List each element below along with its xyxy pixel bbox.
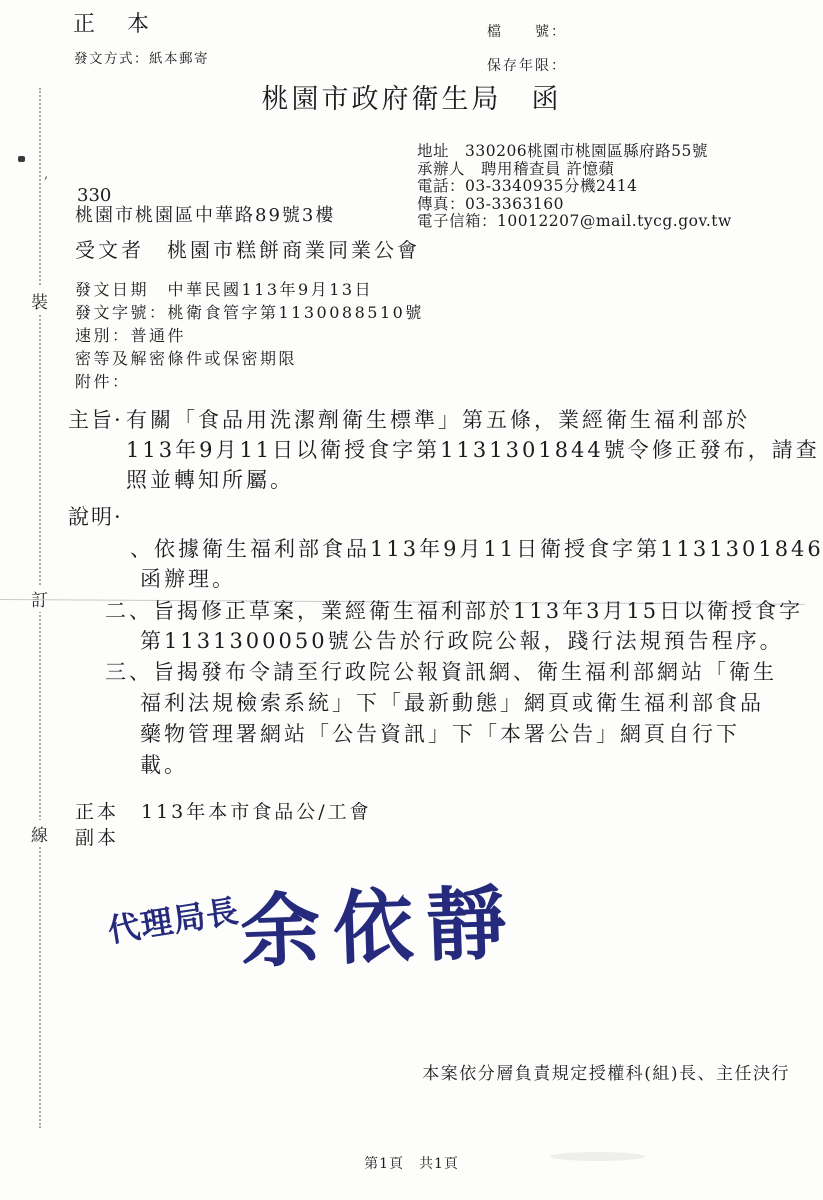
signer-name: 余依靜: [238, 858, 521, 983]
document-title: 桃園市政府衛生局 函: [0, 84, 823, 115]
sender-contact-person: 承辦人 聘用稽查員 許憶蘋: [417, 161, 732, 179]
file-number-label: 檔 號：: [487, 24, 567, 40]
explanation-line: 載。: [140, 753, 188, 777]
explanation-line: 第1131300050號公告於行政院公報，踐行法規預告程序。: [140, 629, 784, 653]
recipient-name-line: 受文者 桃園市糕餅商業同業公會: [75, 239, 420, 262]
distribution-copy: 副本: [75, 828, 119, 850]
document-number: 發文字號：桃衛食管字第1130088510號: [75, 304, 424, 322]
retention-period-label: 保存年限：: [487, 58, 567, 74]
attachment-label: 附件：: [75, 373, 131, 391]
explanation-line: 三、旨揭發布令請至行政院公報資訊網、衛生福利部網站「衛生: [105, 660, 777, 684]
sender-fax: 傳真：03-3363160: [417, 196, 732, 214]
speed-class: 速別：普通件: [75, 327, 186, 345]
security-class: 密等及解密條件或保密期限: [75, 350, 297, 368]
binding-char-zhuang: 裝: [31, 287, 48, 314]
explanation-label: 說明·: [68, 505, 123, 529]
subject-line: 有關「食品用洗潔劑衛生標準」第五條，業經衛生福利部於: [126, 408, 750, 432]
explanation-line: 函辦理。: [140, 567, 236, 591]
sender-phone: 電話：03-3340935分機2414: [417, 178, 732, 196]
signer-title: 代理局長: [104, 886, 242, 952]
sender-email: 電子信箱：10012207@mail.tycg.gov.tw: [417, 213, 732, 231]
signature: 代理局長 余依靜: [100, 862, 570, 1002]
subject-line: 113年9月11日以衛授食字第1131301844號令修正發布，請查: [126, 438, 820, 462]
sender-address: 地址 330206桃園市桃園區縣府路55號: [417, 143, 732, 161]
issue-date: 發文日期 中華民國113年9月13日: [75, 281, 373, 299]
explanation-line: 、依據衛生福利部食品113年9月11日衛授食字第1131301846號: [130, 537, 823, 561]
explanation-line: 福利法規檢索系統」下「最新動態」網頁或衛生福利部食品: [140, 691, 764, 715]
delegation-note: 本案依分層負責規定授權科(組)長、主任決行: [422, 1065, 790, 1085]
scan-comma-mark: ,: [44, 168, 48, 183]
sender-contact-block: 地址 330206桃園市桃園區縣府路55號 承辦人 聘用稽查員 許憶蘋 電話：0…: [417, 143, 732, 231]
explanation-line: 藥物管理署網站「公告資訊」下「本署公告」網頁自行下: [140, 722, 740, 746]
distribution-original: 正本 113年本市食品公/工會: [75, 802, 372, 824]
recipient-postal-code: 330: [77, 186, 111, 207]
binding-char-xian: 線: [31, 820, 48, 847]
scan-speck: [18, 156, 25, 162]
subject-line: 照並轉知所屬。: [126, 468, 294, 492]
scanned-official-letter: 裝 訂 線 , 正 本 發文方式：紙本郵寄 檔 號： 保存年限： 桃園市政府衛生…: [0, 0, 823, 1200]
delivery-method-label: 發文方式：紙本郵寄: [74, 52, 209, 68]
explanation-line: 二、旨揭修正草案，業經衛生福利部於113年3月15日以衛授食字: [105, 599, 803, 623]
subject-label: 主旨·: [68, 408, 123, 432]
recipient-address: 桃園市桃園區中華路89號3樓: [75, 206, 335, 227]
copy-type-label: 正 本: [73, 12, 154, 37]
page-number-info: 第1頁 共1頁: [0, 1156, 823, 1172]
